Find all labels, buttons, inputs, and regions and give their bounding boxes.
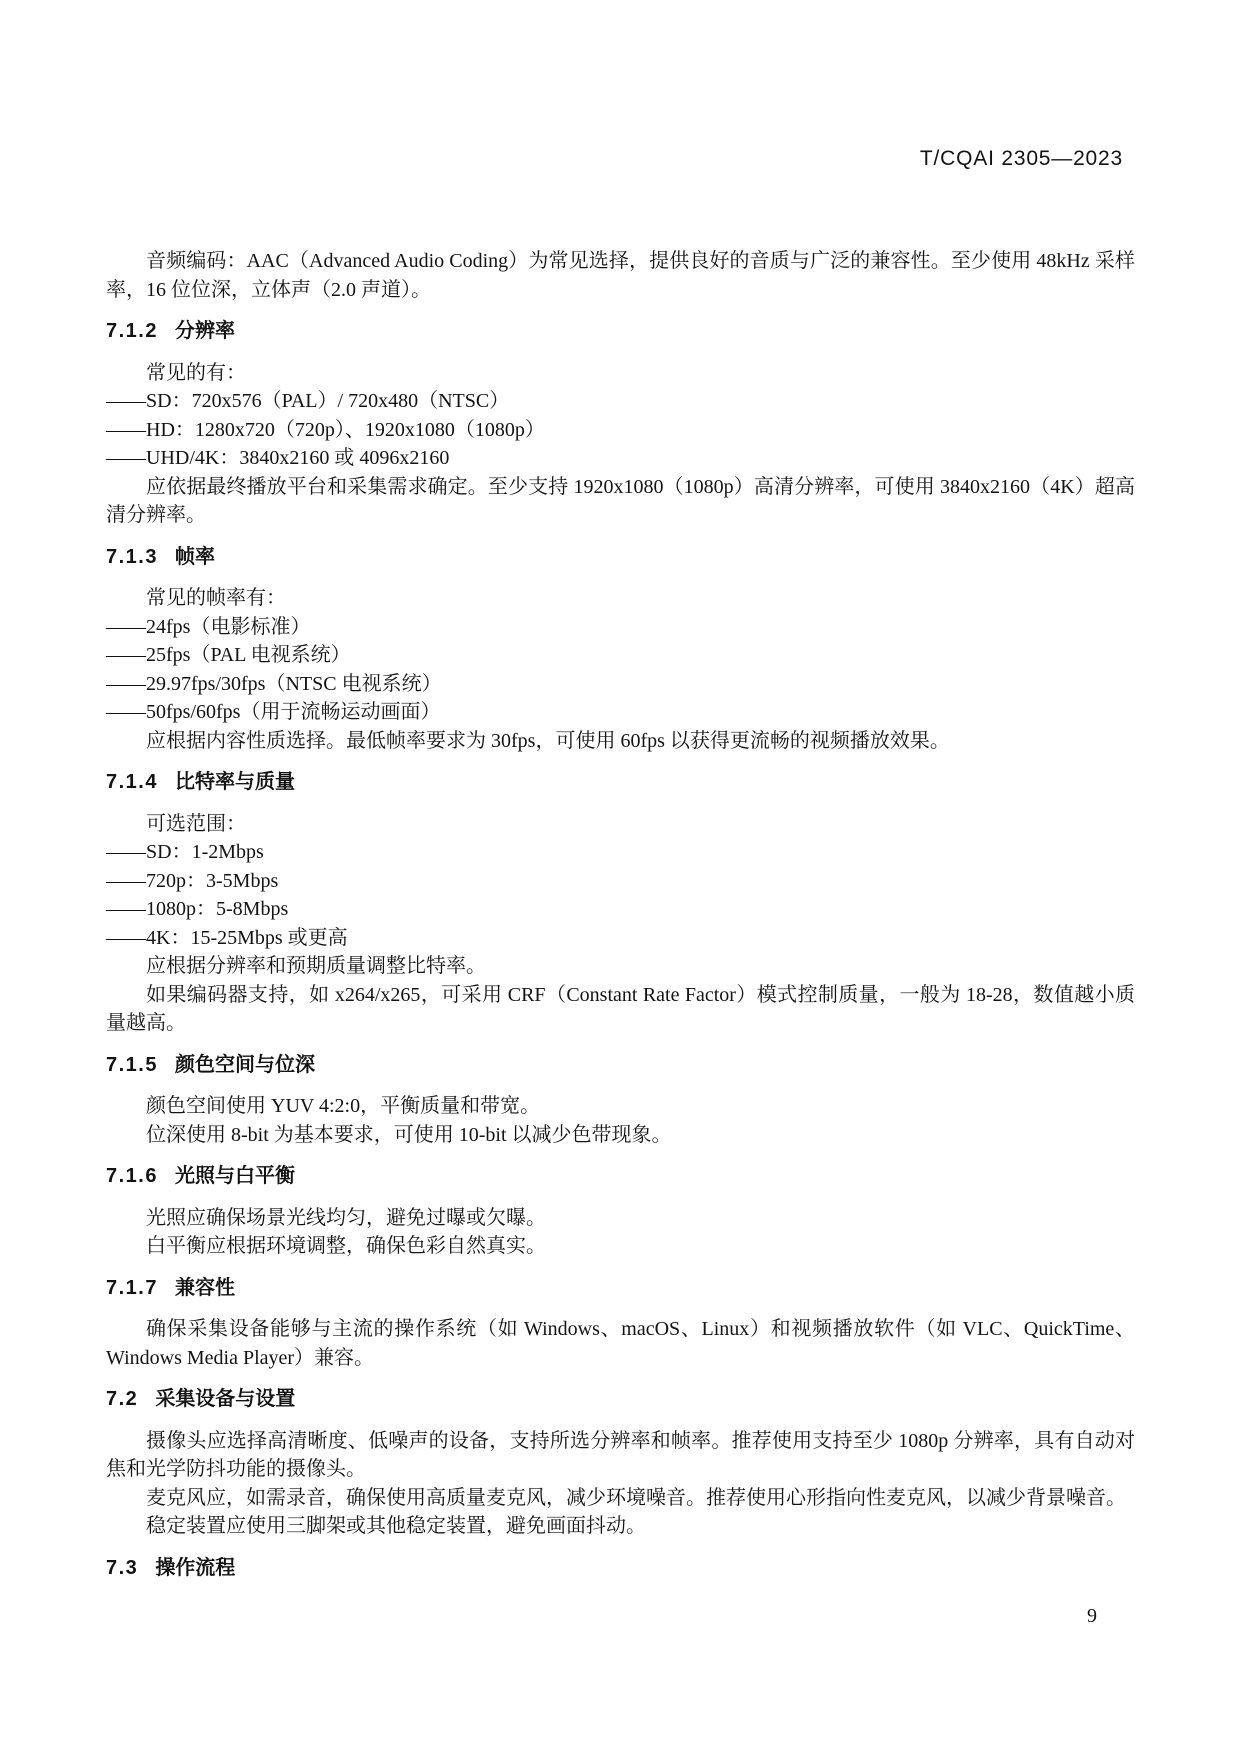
section-number: 7.2 xyxy=(106,1388,138,1410)
section-title: 光照与白平衡 xyxy=(175,1165,295,1187)
section-heading-7.1.5: 7.1.5颜色空间与位深 xyxy=(106,1051,1135,1080)
paragraph: 应依据最终播放平台和采集需求确定。至少支持 1920x1080（1080p）高清… xyxy=(106,473,1135,530)
paragraph: 确保采集设备能够与主流的操作系统（如 Windows、macOS、Linux）和… xyxy=(106,1315,1135,1372)
section-number: 7.1.3 xyxy=(106,546,158,568)
list-item: ——50fps/60fps（用于流畅运动画面） xyxy=(106,698,1135,727)
list-item: ——25fps（PAL 电视系统） xyxy=(106,641,1135,670)
section-title: 分辨率 xyxy=(175,320,235,342)
paragraph: 位深使用 8-bit 为基本要求，可使用 10-bit 以减少色带现象。 xyxy=(106,1121,1135,1150)
list-item: ——SD：720x576（PAL）/ 720x480（NTSC） xyxy=(106,387,1135,416)
paragraph: 白平衡应根据环境调整，确保色彩自然真实。 xyxy=(106,1232,1135,1261)
standard-code-header: T/CQAI 2305—2023 xyxy=(920,147,1123,171)
section-heading-7.1.3: 7.1.3帧率 xyxy=(106,543,1135,572)
section-heading-7.1.7: 7.1.7兼容性 xyxy=(106,1274,1135,1303)
section-title: 采集设备与设置 xyxy=(155,1388,295,1410)
section-number: 7.1.2 xyxy=(106,320,158,342)
list-item: ——29.97fps/30fps（NTSC 电视系统） xyxy=(106,670,1135,699)
paragraph: 音频编码：AAC（Advanced Audio Coding）为常见选择，提供良… xyxy=(106,247,1135,304)
document-page: T/CQAI 2305—2023 音频编码：AAC（Advanced Audio… xyxy=(0,0,1241,1754)
list-item: ——UHD/4K：3840x2160 或 4096x2160 xyxy=(106,444,1135,473)
paragraph: 应根据分辨率和预期质量调整比特率。 xyxy=(106,952,1135,981)
paragraph: 光照应确保场景光线均匀，避免过曝或欠曝。 xyxy=(106,1204,1135,1233)
list-item: ——4K：15-25Mbps 或更高 xyxy=(106,924,1135,953)
section-heading-7.2: 7.2采集设备与设置 xyxy=(106,1385,1135,1414)
paragraph: 稳定装置应使用三脚架或其他稳定装置，避免画面抖动。 xyxy=(106,1512,1135,1541)
page-number: 9 xyxy=(1087,1605,1097,1628)
section-title: 帧率 xyxy=(175,546,215,568)
section-title: 颜色空间与位深 xyxy=(175,1054,315,1076)
section-number: 7.1.4 xyxy=(106,771,158,793)
paragraph: 颜色空间使用 YUV 4:2:0，平衡质量和带宽。 xyxy=(106,1092,1135,1121)
section-title: 比特率与质量 xyxy=(175,771,295,793)
section-number: 7.1.5 xyxy=(106,1054,158,1076)
section-title: 兼容性 xyxy=(175,1277,235,1299)
section-number: 7.3 xyxy=(106,1557,138,1579)
document-content: 音频编码：AAC（Advanced Audio Coding）为常见选择，提供良… xyxy=(106,247,1135,1595)
paragraph: 如果编码器支持，如 x264/x265，可采用 CRF（Constant Rat… xyxy=(106,981,1135,1038)
section-number: 7.1.6 xyxy=(106,1165,158,1187)
paragraph: 麦克风应，如需录音，确保使用高质量麦克风，减少环境噪音。推荐使用心形指向性麦克风… xyxy=(106,1484,1135,1513)
section-heading-7.1.2: 7.1.2分辨率 xyxy=(106,317,1135,346)
list-item: ——1080p：5-8Mbps xyxy=(106,895,1135,924)
section-number: 7.1.7 xyxy=(106,1277,158,1299)
list-item: ——SD：1-2Mbps xyxy=(106,838,1135,867)
section-heading-7.1.6: 7.1.6光照与白平衡 xyxy=(106,1162,1135,1191)
section-title: 操作流程 xyxy=(155,1557,235,1579)
paragraph: 应根据内容性质选择。最低帧率要求为 30fps，可使用 60fps 以获得更流畅… xyxy=(106,727,1135,756)
list-item: ——24fps（电影标准） xyxy=(106,613,1135,642)
paragraph: 摄像头应选择高清晰度、低噪声的设备，支持所选分辨率和帧率。推荐使用支持至少 10… xyxy=(106,1427,1135,1484)
section-heading-7.3: 7.3操作流程 xyxy=(106,1554,1135,1583)
section-heading-7.1.4: 7.1.4比特率与质量 xyxy=(106,768,1135,797)
paragraph: 常见的帧率有： xyxy=(106,584,1135,613)
paragraph: 常见的有： xyxy=(106,359,1135,388)
paragraph: 可选范围： xyxy=(106,810,1135,839)
list-item: ——HD：1280x720（720p）、1920x1080（1080p） xyxy=(106,416,1135,445)
list-item: ——720p：3-5Mbps xyxy=(106,867,1135,896)
